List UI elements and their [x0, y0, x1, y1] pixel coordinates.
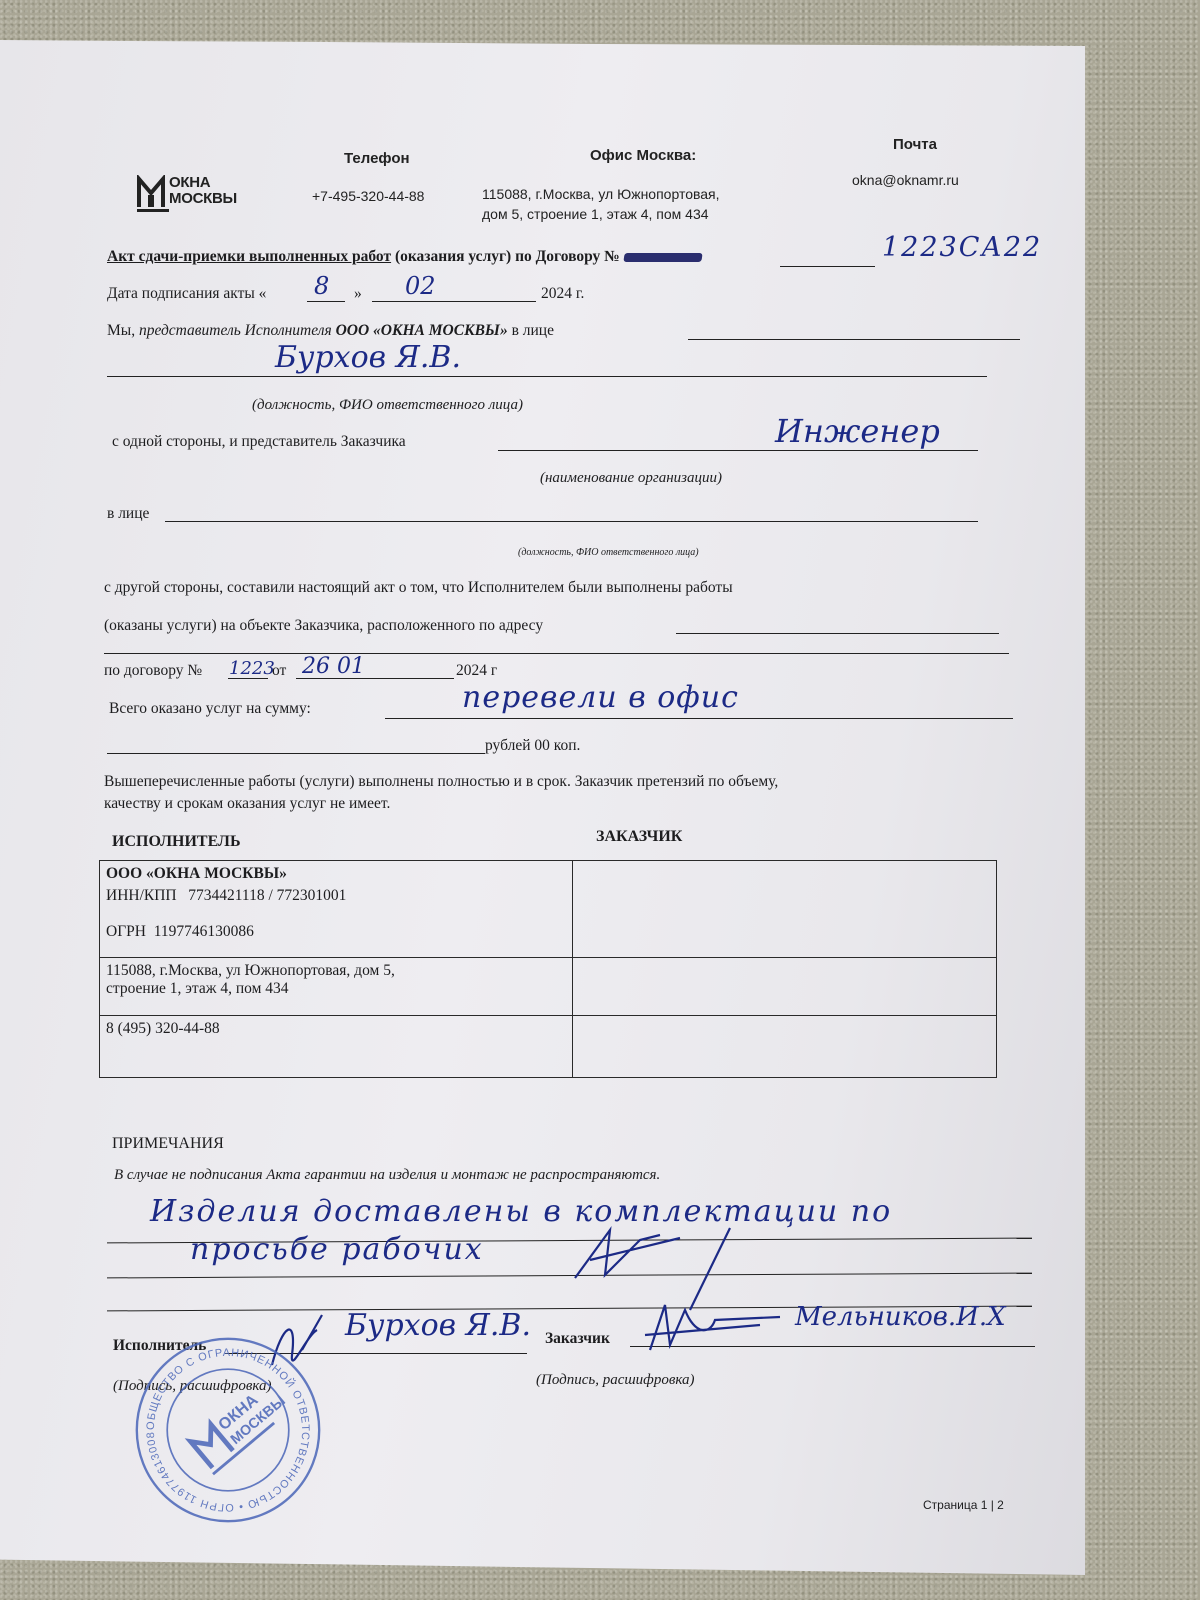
contract-label: по договору №	[104, 662, 202, 680]
customer-heading: ЗАКАЗЧИК	[596, 828, 682, 846]
page-number: Страница 1 | 2	[923, 1498, 1004, 1512]
signing-month[interactable]: 02	[405, 272, 436, 300]
customer-org-field	[498, 450, 978, 451]
customer-phone-cell[interactable]	[573, 1016, 997, 1078]
phone-label: Телефон	[344, 150, 410, 167]
company-stamp: ОБЩЕСТВО С ОГРАНИЧЕННОЙ ОТВЕТСТВЕННОСТЬЮ…	[133, 1335, 323, 1525]
office-address-line2: дом 5, строение 1, этаж 4, пом 434	[482, 204, 709, 224]
sum-handwritten[interactable]: перевели в офис	[462, 680, 739, 715]
notes-heading: ПРИМЕЧАНИЯ	[112, 1135, 224, 1153]
executor-heading: ИСПОЛНИТЕЛЬ	[112, 833, 241, 851]
executor-rep-line-field	[688, 339, 1020, 340]
customer-person-field	[165, 521, 978, 522]
executor-rep-caption: (должность, ФИО ответственного лица)	[252, 397, 523, 414]
table-row: 8 (495) 320-44-88	[100, 1016, 997, 1078]
logo-mark-icon	[137, 175, 169, 215]
in-person-label: в лице	[107, 505, 149, 523]
contract-number-underline	[780, 266, 875, 267]
from-label: от	[272, 662, 286, 680]
notes-warning: В случае не подписания Акта гарантии на …	[114, 1167, 660, 1184]
customer-person-caption: (должность, ФИО ответственного лица)	[518, 547, 699, 558]
executor-phone-cell: 8 (495) 320-44-88	[100, 1016, 573, 1078]
email-label: Почта	[893, 136, 937, 153]
notes-handwritten-line2[interactable]: просьбе рабочих	[190, 1232, 484, 1267]
contract-year: 2024 г	[456, 662, 497, 680]
signing-day[interactable]: 8	[314, 272, 329, 300]
completion-line1: Вышеперечисленные работы (услуги) выполн…	[104, 773, 778, 791]
completion-line2: качеству и срокам оказания услуг не имее…	[104, 795, 390, 813]
day-field-line	[307, 301, 345, 302]
logo-line1: ОКНА	[169, 175, 237, 191]
month-field-line	[372, 301, 536, 302]
act-title: Акт сдачи-приемки выполненных работ (ока…	[107, 248, 702, 266]
customer-rep-label: с одной стороны, и представитель Заказчи…	[112, 433, 406, 451]
email-value: okna@oknamr.ru	[852, 170, 959, 190]
address-field	[676, 633, 999, 634]
signing-date-quote: »	[354, 285, 362, 303]
redaction-mark	[623, 253, 702, 262]
table-row: ООО «ОКНА МОСКВЫ» ИНН/КПП 7734421118 / 7…	[100, 861, 997, 958]
executor-signature-handwritten[interactable]: Бурхов Я.В.	[345, 1308, 531, 1343]
customer-signature-label: Заказчик	[545, 1330, 610, 1348]
body-line1: с другой стороны, составили настоящий ак…	[104, 579, 733, 597]
document-sheet: ОКНА МОСКВЫ Телефон +7-495-320-44-88 Офи…	[0, 40, 1085, 1575]
sum-words-field	[107, 753, 485, 754]
customer-signature-caption: (Подпись, расшифровка)	[536, 1372, 694, 1389]
contract-date-handwritten[interactable]: 26 01	[302, 654, 365, 679]
signing-date-label: Дата подписания акты «	[107, 285, 266, 303]
customer-org-caption: (наименование организации)	[540, 470, 722, 487]
body-line2: (оказаны услуги) на объекте Заказчика, р…	[104, 617, 543, 635]
logo-line2: МОСКВЫ	[169, 191, 237, 207]
office-address-line1: 115088, г.Москва, ул Южнопортовая,	[482, 184, 720, 204]
office-label: Офис Москва:	[590, 147, 696, 164]
executor-rep-name-handwritten[interactable]: Бурхов Я.В.	[275, 340, 461, 375]
customer-company-cell[interactable]	[573, 861, 997, 958]
address-field-2	[104, 653, 1009, 654]
executor-address-cell: 115088, г.Москва, ул Южнопортовая, дом 5…	[100, 958, 573, 1016]
customer-org-handwritten[interactable]: Инженер	[775, 412, 940, 450]
table-row: 115088, г.Москва, ул Южнопортовая, дом 5…	[100, 958, 997, 1016]
customer-signature-handwritten[interactable]: Мельников.И.Х	[795, 1302, 1006, 1332]
contract-number-handwritten: 1223СА22	[882, 232, 1042, 263]
executor-rep-name-field	[107, 376, 987, 377]
rub-label: рублей 00 коп.	[485, 737, 580, 755]
contract-no-handwritten[interactable]: 1223	[229, 658, 275, 679]
requisites-table: ООО «ОКНА МОСКВЫ» ИНН/КПП 7734421118 / 7…	[99, 860, 997, 1078]
executor-rep-line: Мы, представитель Исполнителя ООО «ОКНА …	[107, 322, 554, 340]
executor-company-cell: ООО «ОКНА МОСКВЫ» ИНН/КПП 7734421118 / 7…	[100, 861, 573, 958]
sum-label: Всего оказано услуг на сумму:	[109, 700, 311, 718]
notes-handwritten-line1[interactable]: Изделия доставлены в комплектации по	[150, 1194, 892, 1229]
phone-value: +7-495-320-44-88	[312, 186, 424, 206]
company-logo: ОКНА МОСКВЫ	[137, 175, 262, 220]
customer-address-cell[interactable]	[573, 958, 997, 1016]
customer-signature-scribble-icon	[640, 1295, 790, 1370]
signing-year: 2024 г.	[541, 285, 584, 303]
sum-field	[385, 718, 1013, 719]
